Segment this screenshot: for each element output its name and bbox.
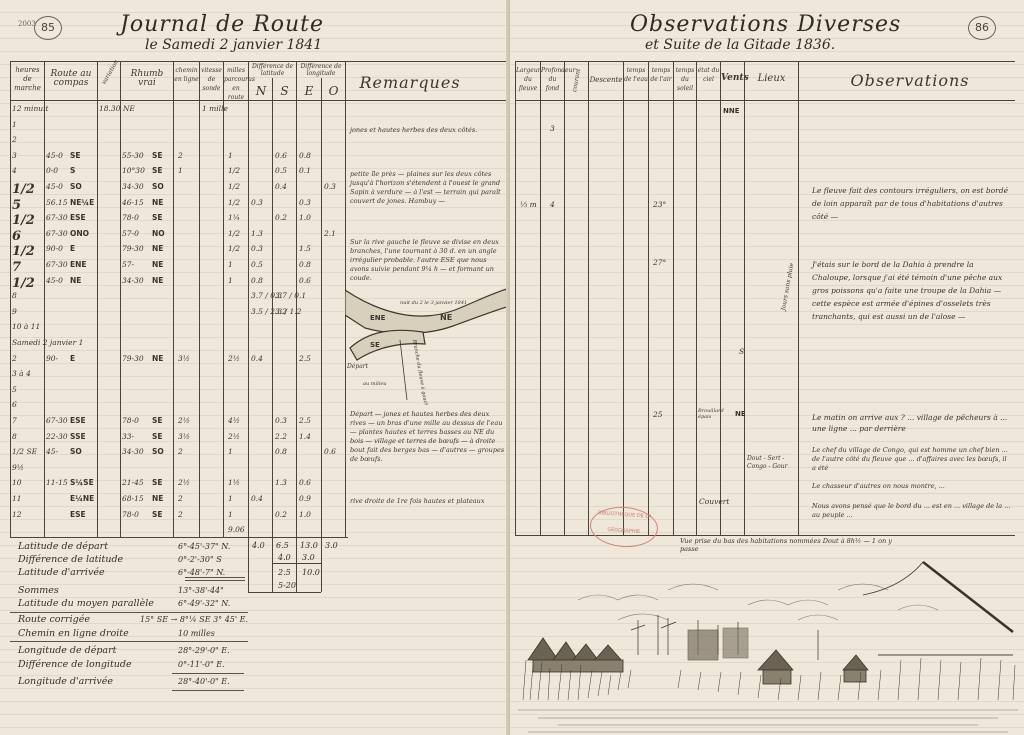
- table-bottom-rule: [515, 535, 1015, 536]
- total-o: 3.0: [325, 541, 338, 550]
- sketch-sw-note: au milieu: [363, 381, 387, 387]
- cell-route-direction: E: [70, 244, 75, 253]
- cell-route-degrees: 0-0: [46, 166, 58, 175]
- wind-s: S: [739, 347, 744, 356]
- total-s3: 2.5: [278, 568, 291, 577]
- col-rule: [248, 61, 249, 537]
- totals-rule: [321, 537, 322, 592]
- sketch-caption: Vue prise du bas des habitations nommées…: [680, 537, 910, 553]
- col-header-etat-ciel: état du ciel: [697, 66, 720, 84]
- cell-long-e: 0.8: [299, 151, 311, 160]
- river-branch-sketch: ENE NE SE nuit du 2 le 3 janvier 1841 Dé…: [345, 280, 510, 405]
- cell-milles: 1½: [228, 478, 240, 487]
- cell-route-degrees: 67-30: [46, 229, 68, 238]
- totals-rule: [248, 537, 249, 592]
- observation-5: Le chasseur d'autres on nous montre, ...: [812, 482, 1012, 491]
- cell-hour: 1/2: [12, 182, 35, 197]
- cell-rhumb-degrees: 79-30: [122, 354, 144, 363]
- cell-rhumb-direction: SE: [152, 151, 163, 160]
- cell-route-degrees: 90-: [46, 354, 58, 363]
- summary-value: 15° SE → 8°¼ SE 3° 45' E.: [140, 615, 248, 624]
- cell-lat-n: 0.5: [251, 260, 263, 269]
- wind-ne: NE: [735, 410, 746, 418]
- summary-value: 28°-40'-0" E.: [178, 677, 230, 686]
- col-header-vents: Vents: [721, 74, 744, 83]
- cell-rhumb-direction: SO: [152, 182, 164, 191]
- cell-lat-n: 0.4: [251, 354, 263, 363]
- cell-milles: 1¼: [228, 213, 240, 222]
- cell-chemin: 3½: [178, 354, 190, 363]
- stamp-text-bottom: GÉOGRAPHIE: [591, 526, 657, 537]
- cell-route-direction: E¼NE: [70, 494, 94, 503]
- col-rule: [540, 61, 541, 535]
- remark-4: Départ — jones et hautes herbes des deux…: [350, 410, 505, 464]
- trees: [631, 615, 818, 660]
- wind-nne: NNE: [723, 107, 740, 115]
- cell-milles: 1: [228, 510, 233, 519]
- cell-rhumb-direction: NE: [152, 198, 163, 207]
- cell-rhumb-direction: SE: [152, 213, 163, 222]
- cell-route-direction: E: [70, 354, 75, 363]
- summary-label: Différence de latitude: [18, 554, 123, 565]
- cell-hour: 7: [12, 260, 21, 275]
- cell-hour: 5: [12, 198, 21, 213]
- col-rule: [223, 61, 224, 537]
- total-e2: 3.0: [302, 553, 315, 562]
- cell-milles: 2½: [228, 432, 240, 441]
- cell-milles: 1/2: [228, 244, 240, 253]
- branch-main-label: NE: [440, 313, 452, 322]
- cell-hour: 5: [12, 385, 17, 394]
- col-header-diff-lat: Différence de latitude: [249, 63, 296, 77]
- observation-2: J'étais sur le bord de la Dahia à prendr…: [812, 258, 1012, 323]
- summary-label: Sommes: [18, 585, 59, 596]
- cell-chemin: 2½: [178, 478, 190, 487]
- totals-rule: [248, 592, 321, 593]
- flag-pole: [923, 562, 1013, 632]
- summary-value: 6°-48'-7" N.: [178, 568, 225, 577]
- cell-milles: 2½: [228, 354, 240, 363]
- cell-lat-s: 0.4: [275, 182, 287, 191]
- cell-route-degrees: 56.15: [46, 198, 67, 207]
- col-header-o: O: [322, 84, 345, 98]
- air-temp-23: 23°: [653, 200, 666, 209]
- cell-long-o: 2.1: [324, 229, 336, 238]
- cell-route-degrees: 45-0: [46, 151, 63, 160]
- summary-label: Différence de longitude: [18, 659, 132, 670]
- branch-lower-label: SE: [370, 341, 380, 349]
- cell-long-e: 2.5: [299, 416, 311, 425]
- totals-rule: [296, 537, 297, 592]
- cell-lat-s: 1.3: [275, 478, 287, 487]
- summary-label: Longitude de départ: [18, 645, 116, 656]
- total-e: 13.0: [300, 541, 318, 550]
- summary-value: 28°-29'-0" E.: [178, 646, 230, 655]
- cell-route-direction: NE: [70, 276, 81, 285]
- cell-rhumb-direction: NE: [152, 244, 163, 253]
- cell-rhumb-degrees: 55-30: [122, 151, 144, 160]
- col-rule: [623, 61, 624, 535]
- cell-milles: 1: [228, 151, 233, 160]
- col-header-rhumb: Rhumb vrai: [121, 70, 173, 88]
- cell-hour: 6: [12, 229, 21, 244]
- cell-route-degrees: 22-30: [46, 432, 68, 441]
- summary-rule: [185, 580, 245, 581]
- page-number: 85: [34, 16, 62, 40]
- col-header-variation: variation: [100, 63, 119, 87]
- cell-milles: 1/2: [228, 182, 240, 191]
- cell-lat-s: 3.7 / 0.1: [275, 291, 306, 300]
- col-header-lieux: Lieux: [745, 74, 798, 83]
- cell-route-direction: SO: [70, 182, 82, 191]
- cell-long-e: 1.5: [299, 244, 311, 253]
- table-header-rule: [515, 100, 1015, 101]
- summary-label: Latitude du moyen parallèle: [18, 598, 154, 609]
- col-header-route: Route au compas: [45, 70, 97, 88]
- col-header-profondeur: Profondeur du fond: [541, 66, 564, 93]
- cell-route-degrees: 11-15: [46, 478, 68, 487]
- cell-chemin: 2: [178, 447, 183, 456]
- col-header-diff-long: Différence de longitude: [297, 63, 345, 77]
- col-header-temp-air: temps de l'air: [649, 66, 673, 84]
- cell-rhumb-degrees: 57-0: [122, 229, 139, 238]
- observation-6: Nous avons pensé que le bord du ... est …: [812, 502, 1012, 520]
- cell-route-direction: ESE: [70, 510, 86, 519]
- cell-milles: 1/2: [228, 198, 240, 207]
- cell-rhumb-direction: SE: [152, 510, 163, 519]
- depth-4: 4: [550, 200, 555, 209]
- cell-long-e: 1.0: [299, 213, 311, 222]
- cell-long-e: 2.5: [299, 354, 311, 363]
- cell-milles: 1: [228, 447, 233, 456]
- cell-milles: 9.06: [228, 525, 245, 534]
- remark-2: petite île près — plaines sur les deux c…: [350, 170, 505, 206]
- cell-hour: 1/2: [12, 213, 35, 228]
- cell-hour: 10 à 11: [12, 322, 40, 331]
- col-rule: [120, 61, 121, 537]
- summary-rule: [172, 690, 244, 691]
- cell-lat-s: 3.2: [275, 307, 287, 316]
- col-header-heures: heures de marche: [11, 66, 44, 93]
- summary-value: 13°-38'-44": [178, 586, 224, 595]
- col-header-observations: Observations: [810, 72, 1010, 90]
- cell-long-e: 1.4: [299, 432, 311, 441]
- sky-couvert: Couvert: [699, 497, 729, 506]
- cell-hour: 1/2: [12, 244, 35, 259]
- col-header-temp-soleil: temps du soleil: [674, 66, 696, 93]
- col-rule: [173, 61, 174, 537]
- river-water: [518, 710, 1018, 732]
- cell-lat-n: 0.3: [251, 198, 263, 207]
- cell-hour: 3 à 4: [12, 369, 31, 378]
- cell-lat-n: 0.4: [251, 494, 263, 503]
- col-rule: [10, 61, 11, 537]
- table-top-rule: [515, 61, 1015, 62]
- cell-rhumb-direction: NE: [152, 260, 163, 269]
- cell-rhumb-direction: NE: [152, 494, 163, 503]
- cell-chemin: 2: [178, 494, 183, 503]
- cell-hour: 7: [12, 416, 17, 425]
- cell-rhumb-degrees: 21-45: [122, 478, 144, 487]
- cell-hour: 10: [12, 478, 22, 487]
- page-subtitle-right: et Suite de la Gitade 1836.: [645, 37, 835, 53]
- cell-long-e: 0.1: [299, 166, 311, 175]
- cell-lat-s: 0.5: [275, 166, 287, 175]
- cell-chemin: 2½: [178, 416, 190, 425]
- total-s2: 4.0: [278, 553, 291, 562]
- cell-milles: 1: [228, 276, 233, 285]
- observation-4: Le chef du village de Congo, qui est hom…: [812, 446, 1012, 473]
- left-page: 2003 85 Journal de Route le Samedi 2 jan…: [0, 0, 511, 735]
- cell-lat-s: 2.2: [275, 432, 287, 441]
- total-s: 6.5: [276, 541, 289, 550]
- cell-milles: 1: [228, 260, 233, 269]
- cell-rhumb-degrees: 10°30: [122, 166, 145, 175]
- cell-route-direction: NE¼E: [70, 198, 94, 207]
- cell-rhumb-degrees: 33-: [122, 432, 134, 441]
- col-rule: [321, 78, 322, 537]
- cell-long-e: 0.6: [299, 276, 311, 285]
- observation-1: Le fleuve fait des contours irréguliers,…: [812, 184, 1012, 223]
- totals-rule: [272, 563, 321, 564]
- total-e3: 10.0: [302, 568, 320, 577]
- cell-chemin: 2: [178, 510, 183, 519]
- col-rule: [648, 61, 649, 535]
- depth-3: 3: [550, 124, 555, 133]
- col-header-e: E: [297, 84, 321, 98]
- cell-route-direction: ESE: [70, 213, 86, 222]
- col-header-milles: milles parcourus en route: [224, 66, 248, 102]
- cell-hour: 1/2 SE: [12, 447, 37, 456]
- remark-1: jones et hautes herbes des deux côtés.: [350, 126, 505, 135]
- cell-long-e: 1.0: [299, 510, 311, 519]
- cell-route-direction: S¼SE: [70, 478, 94, 487]
- cell-route-degrees: 45-: [46, 447, 58, 456]
- cell-hour: 12 minuit: [12, 104, 49, 113]
- observation-3: Le matin on arrive aux ? ... village de …: [812, 412, 1012, 434]
- cell-hour: 8: [12, 432, 17, 441]
- col-header-n: N: [250, 84, 272, 98]
- cell-long-e: 0.3: [299, 198, 311, 207]
- cell-milles: 1/2: [228, 166, 240, 175]
- table-header-rule: [10, 100, 508, 101]
- summary-label: Longitude d'arrivée: [18, 676, 113, 687]
- col-header-vitesse: vitesse de sonde: [200, 66, 223, 93]
- cell-route-degrees: 67-30: [46, 213, 68, 222]
- summary-label: Latitude d'arrivée: [18, 567, 105, 578]
- cell-hour: 9: [12, 307, 17, 316]
- cell-milles: 1: [228, 494, 233, 503]
- summary-value: 0°-11'-0" E.: [178, 660, 225, 669]
- page-title-right: Observations Diverses: [630, 12, 901, 37]
- cell-route-degrees: 45-0: [46, 182, 63, 191]
- summary-rule: [172, 673, 244, 674]
- cell-rhumb-degrees: 34-30: [122, 276, 144, 285]
- cell-route-degrees: 90-0: [46, 244, 63, 253]
- cell-hour: Samedi 2 janvier 1: [12, 338, 83, 347]
- total-s4: 5-20: [278, 581, 296, 590]
- cell-lat-s: 0.6: [275, 151, 287, 160]
- page-number-right: 86: [968, 16, 996, 40]
- cell-route-degrees: 67-30: [46, 260, 68, 269]
- summary-label: Route corrigée: [18, 614, 90, 625]
- summary-label: Latitude de départ: [18, 541, 108, 552]
- col-rule: [744, 61, 745, 535]
- cell-lat-n: 0.3: [251, 244, 263, 253]
- col-header-chemin: chemin en ligne: [174, 66, 199, 84]
- col-header-remarques: Remarques: [350, 74, 470, 92]
- cell-long-e: 0.6: [299, 478, 311, 487]
- air-temp-27: 27°: [653, 258, 666, 267]
- cell-rhumb-degrees: 34-30: [122, 182, 144, 191]
- cell-lat-s: 0.8: [275, 447, 287, 456]
- cell-lat-s: 0.3: [275, 416, 287, 425]
- cell-rhumb-degrees: 78-0: [122, 416, 139, 425]
- col-rule: [515, 61, 516, 535]
- col-rule: [588, 61, 589, 535]
- col-rule: [199, 61, 200, 537]
- cell-route-degrees: 45-0: [46, 276, 63, 285]
- col-rule: [720, 61, 721, 535]
- cell-route-direction: SO: [70, 447, 82, 456]
- sky-brouillard: Brouillard épais: [698, 408, 722, 420]
- totals-rule: [272, 537, 273, 592]
- cell-route-degrees: 67-30: [46, 416, 68, 425]
- remark-3: Sur la rive gauche le fleuve se divise e…: [350, 238, 505, 283]
- col-rule: [696, 61, 697, 535]
- cell-rhumb-direction: SE: [152, 478, 163, 487]
- cell-lat-s: 0.2: [275, 213, 287, 222]
- page-title: Journal de Route: [120, 12, 324, 37]
- cell-hour: 2: [12, 354, 17, 363]
- cell-route-direction: SSE: [70, 432, 86, 441]
- cell-hour: 12: [12, 510, 22, 519]
- remark-5: rive droite de 1re fois hautes et platea…: [350, 497, 505, 506]
- cell-milles: 4½: [228, 416, 240, 425]
- cell-variation: 18.30 NE: [99, 104, 135, 113]
- cell-lat-s: 0.2: [275, 510, 287, 519]
- cell-rhumb-direction: NO: [152, 229, 165, 238]
- cell-route-direction: ONO: [70, 229, 89, 238]
- cell-chemin: 1: [178, 166, 183, 175]
- col-rule: [673, 61, 674, 535]
- village-sketch: [518, 560, 1018, 735]
- place-dout: Dout - Sert - Congo - Gour: [747, 455, 799, 471]
- cell-rhumb-degrees: 68-15: [122, 494, 144, 503]
- cell-hour: 9½: [12, 463, 24, 472]
- cell-route-direction: S: [70, 166, 75, 175]
- cell-route-direction: SE: [70, 151, 81, 160]
- col-header-largeur: Largeur du fleuve: [516, 66, 540, 93]
- summary-value: 6°-49'-32" N.: [178, 599, 230, 608]
- cell-vitesse: 1 mille: [202, 104, 228, 113]
- col-header-s: S: [273, 84, 296, 98]
- width-value: ⅓ m: [520, 200, 537, 209]
- cell-hour: 1/2: [12, 276, 35, 291]
- cell-hour: 6: [12, 400, 17, 409]
- cell-rhumb-degrees: 34-30: [122, 447, 144, 456]
- cell-lat-n: 0.8: [251, 276, 263, 285]
- col-rule: [564, 61, 565, 535]
- summary-rule: [10, 612, 248, 613]
- cell-hour: 8: [12, 291, 17, 300]
- cell-hour: 4: [12, 166, 17, 175]
- cell-route-direction: ESE: [70, 416, 86, 425]
- sketch-vertical-note: Branche du fleuve à gauche: [411, 338, 430, 405]
- col-rule: [44, 61, 45, 537]
- summary-value: 10 milles: [178, 629, 215, 638]
- cell-chemin: 2: [178, 151, 183, 160]
- total-n: 4.0: [252, 541, 265, 550]
- cell-long-o: 0.6: [324, 447, 336, 456]
- cell-rhumb-direction: NE: [152, 354, 163, 363]
- sketch-date-note: nuit du 2 le 3 janvier 1841: [400, 300, 467, 306]
- cell-rhumb-direction: SO: [152, 447, 164, 456]
- cell-hour: 11: [12, 494, 22, 503]
- cell-rhumb-degrees: 57-: [122, 260, 134, 269]
- cell-rhumb-direction: SE: [152, 166, 163, 175]
- cell-rhumb-degrees: 78-0: [122, 510, 139, 519]
- cell-hour: 2: [12, 135, 17, 144]
- cell-long-o: 0.3: [324, 182, 336, 191]
- col-rule: [97, 61, 98, 537]
- branch-upper-label: ENE: [370, 314, 386, 322]
- cell-milles: 1/2: [228, 229, 240, 238]
- cell-rhumb-direction: SE: [152, 432, 163, 441]
- page-subtitle: le Samedi 2 janvier 1841: [145, 37, 322, 53]
- cell-hour: 3: [12, 151, 17, 160]
- col-header-descente: Descente: [589, 76, 623, 85]
- cell-rhumb-degrees: 78-0: [122, 213, 139, 222]
- cell-route-direction: ENE: [70, 260, 87, 269]
- cell-long-e: 0.8: [299, 260, 311, 269]
- summary-value: 6°-45'-37" N.: [178, 542, 230, 551]
- cell-lat-n: 1.3: [251, 229, 263, 238]
- margin-note: Jours sans pluie: [780, 262, 795, 311]
- cell-rhumb-degrees: 79-30: [122, 244, 144, 253]
- air-temp-25: 25: [653, 410, 663, 419]
- cell-rhumb-degrees: 46-15: [122, 198, 144, 207]
- table-top-rule: [10, 61, 508, 62]
- summary-label: Chemin en ligne droite: [18, 628, 129, 639]
- summary-rule: [185, 577, 245, 578]
- cell-hour: 1: [12, 120, 17, 129]
- cell-chemin: 3½: [178, 432, 190, 441]
- cell-long-e: 0.9: [299, 494, 311, 503]
- col-header-temp-eau: temps de l'eau: [624, 66, 648, 84]
- cell-rhumb-direction: NE: [152, 276, 163, 285]
- summary-value: 0°-2'-30" S: [178, 555, 222, 564]
- cell-rhumb-direction: SE: [152, 416, 163, 425]
- summary-rule: [10, 641, 248, 642]
- sketch-depart: Départ: [346, 363, 369, 370]
